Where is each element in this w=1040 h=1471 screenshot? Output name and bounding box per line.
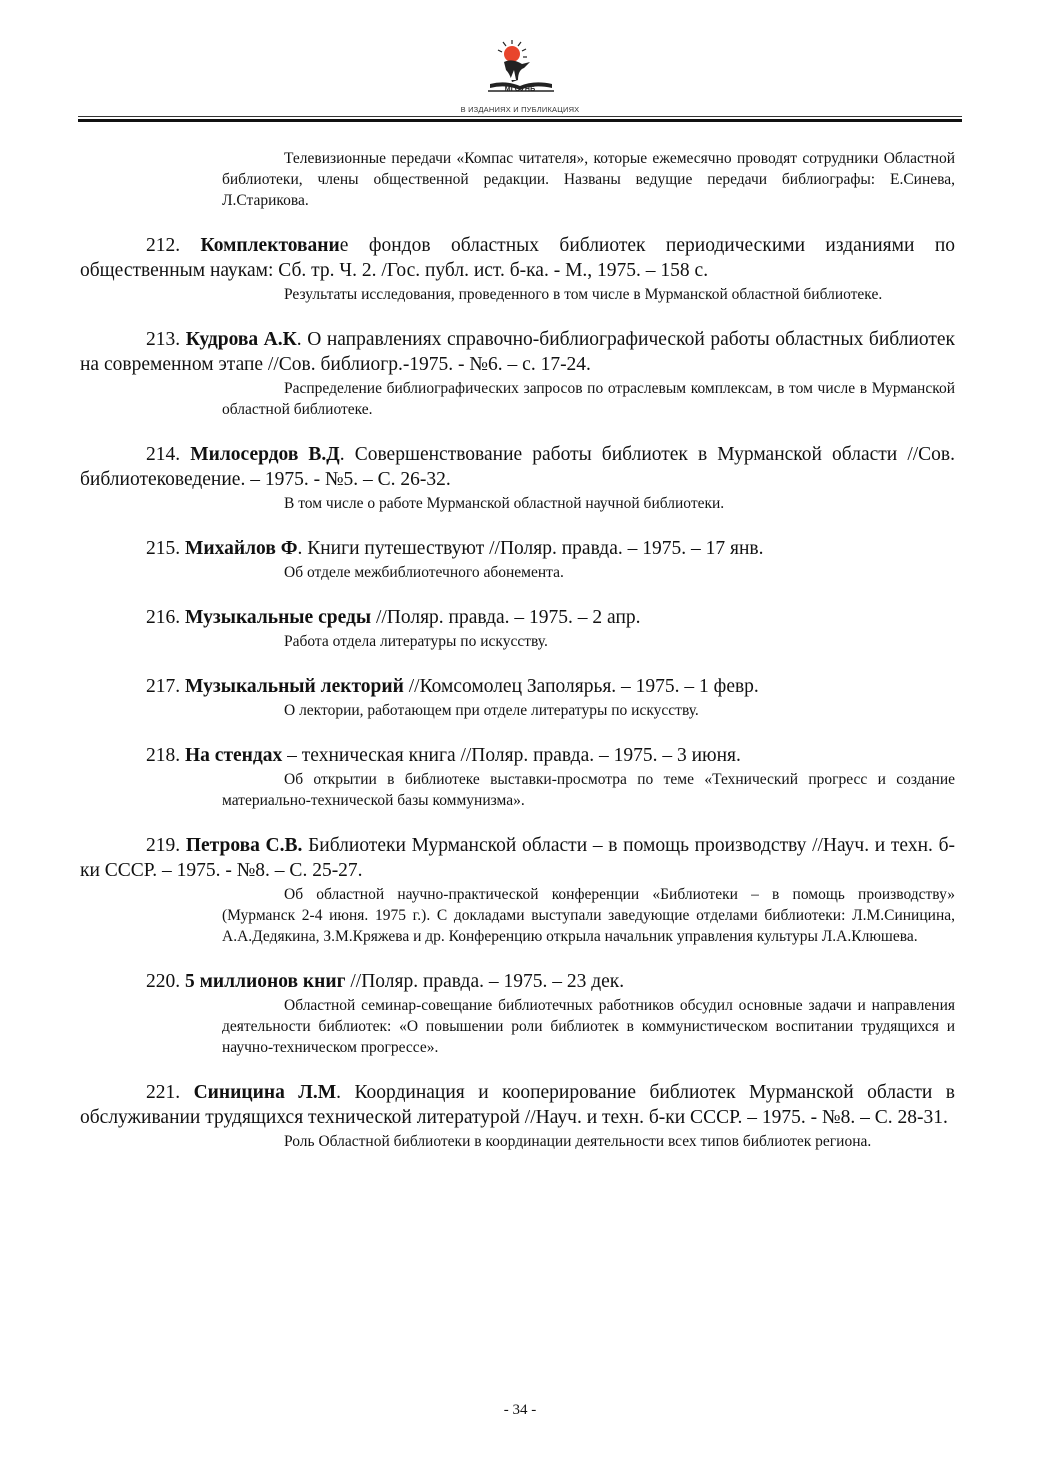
entry-author-title: Михайлов Ф [185, 538, 297, 559]
entry-gap [80, 652, 955, 674]
bibliography-entry: 216. Музыкальные среды //Поляр. правда. … [80, 605, 955, 652]
entry-number: 216. [146, 607, 180, 628]
bibliography-entry: 213. Кудрова А.К. О направлениях справоч… [80, 327, 955, 420]
entry-gap [80, 1058, 955, 1080]
entry-author-title: Синицина Л.М [194, 1082, 337, 1103]
entry-annotation: Об открытии в библиотеке выставки-просмо… [222, 769, 955, 811]
entry-number: 217. [146, 676, 180, 697]
entry-author-title: Комплектовани [201, 235, 340, 256]
entry-number: 215. [146, 538, 180, 559]
entry-citation: 218. На стендах – техническая книга //По… [80, 743, 955, 768]
entry-annotation: Работа отдела литературы по искусству. [222, 631, 955, 652]
bibliography-content: Телевизионные передачи «Компас читателя»… [80, 148, 955, 1152]
bibliography-entry: 220. 5 миллионов книг //Поляр. правда. –… [80, 969, 955, 1058]
entry-citation: 216. Музыкальные среды //Поляр. правда. … [80, 605, 955, 630]
intro-note: Телевизионные передачи «Компас читателя»… [222, 148, 955, 211]
entry-citation: 220. 5 миллионов книг //Поляр. правда. –… [80, 969, 955, 994]
entry-details: – техническая книга //Поляр. правда. – 1… [282, 745, 741, 766]
entry-gap [80, 420, 955, 442]
entry-details: . Книги путешествуют //Поляр. правда. – … [297, 538, 763, 559]
header-subtitle: В ИЗДАНИЯХ И ПУБЛИКАЦИЯХ [420, 105, 620, 114]
entry-gap [80, 947, 955, 969]
page-header: МГОУНБ В ИЗДАНИЯХ И ПУБЛИКАЦИЯХ [0, 0, 1040, 130]
entry-annotation: Результаты исследования, проведенного в … [222, 284, 955, 305]
entry-number: 221. [146, 1082, 180, 1103]
entry-details: //Поляр. правда. – 1975. – 2 апр. [371, 607, 640, 628]
entry-number: 212. [146, 235, 180, 256]
entry-number: 220. [146, 971, 180, 992]
entry-gap [80, 583, 955, 605]
bibliography-entry: 214. Милосердов В.Д. Совершенствование р… [80, 442, 955, 514]
entry-annotation: Роль Областной библиотеки в координации … [222, 1131, 955, 1152]
entry-gap [80, 514, 955, 536]
entry-author-title: Музыкальный лекторий [185, 676, 404, 697]
entry-annotation: Об областной научно-практической конфере… [222, 884, 955, 947]
bibliography-entry: 215. Михайлов Ф. Книги путешествуют //По… [80, 536, 955, 583]
entry-author-title: На стендах [185, 745, 282, 766]
bibliography-entry: 217. Музыкальный лекторий //Комсомолец З… [80, 674, 955, 721]
logo-text: МГОУНБ [470, 86, 570, 93]
bibliography-entry: 212. Комплектование фондов областных биб… [80, 233, 955, 305]
entry-annotation: О лектории, работающем при отделе литера… [222, 700, 955, 721]
entry-gap [80, 811, 955, 833]
bibliography-entry: 221. Синицина Л.М. Координация и коопери… [80, 1080, 955, 1152]
header-rule-thin [78, 116, 962, 117]
entry-number: 219. [146, 835, 180, 856]
entry-citation: 213. Кудрова А.К. О направлениях справоч… [80, 327, 955, 377]
bibliography-entry: 219. Петрова С.В. Библиотеки Мурманской … [80, 833, 955, 947]
entry-details: //Комсомолец Заполярья. – 1975. – 1 февр… [404, 676, 759, 697]
entry-gap [80, 721, 955, 743]
entry-annotation: В том числе о работе Мурманской областно… [222, 493, 955, 514]
entry-annotation: Об отделе межбиблиотечного абонемента. [222, 562, 955, 583]
entry-annotation: Распределение библиографических запросов… [222, 378, 955, 420]
entry-number: 214. [146, 444, 180, 465]
entry-number: 213. [146, 329, 180, 350]
entry-annotation: Областной семинар-совещание библиотечных… [222, 995, 955, 1058]
entry-citation: 221. Синицина Л.М. Координация и коопери… [80, 1080, 955, 1130]
page-number: - 34 - [470, 1402, 570, 1419]
entry-author-title: Кудрова А.К [186, 329, 297, 350]
entry-author-title: Музыкальные среды [185, 607, 371, 628]
entry-gap [80, 211, 955, 233]
entry-details: //Поляр. правда. – 1975. – 23 дек. [345, 971, 624, 992]
entry-gap [80, 305, 955, 327]
entry-citation: 217. Музыкальный лекторий //Комсомолец З… [80, 674, 955, 699]
entry-author-title: Петрова С.В. [186, 835, 303, 856]
entry-citation: 214. Милосердов В.Д. Совершенствование р… [80, 442, 955, 492]
bibliography-entry: 218. На стендах – техническая книга //По… [80, 743, 955, 811]
entry-number: 218. [146, 745, 180, 766]
entry-citation: 212. Комплектование фондов областных биб… [80, 233, 955, 283]
entry-citation: 219. Петрова С.В. Библиотеки Мурманской … [80, 833, 955, 883]
entry-author-title: Милосердов В.Д [190, 444, 340, 465]
entry-author-title: 5 миллионов книг [185, 971, 345, 992]
entry-citation: 215. Михайлов Ф. Книги путешествуют //По… [80, 536, 955, 561]
header-rule-thick [78, 119, 962, 122]
